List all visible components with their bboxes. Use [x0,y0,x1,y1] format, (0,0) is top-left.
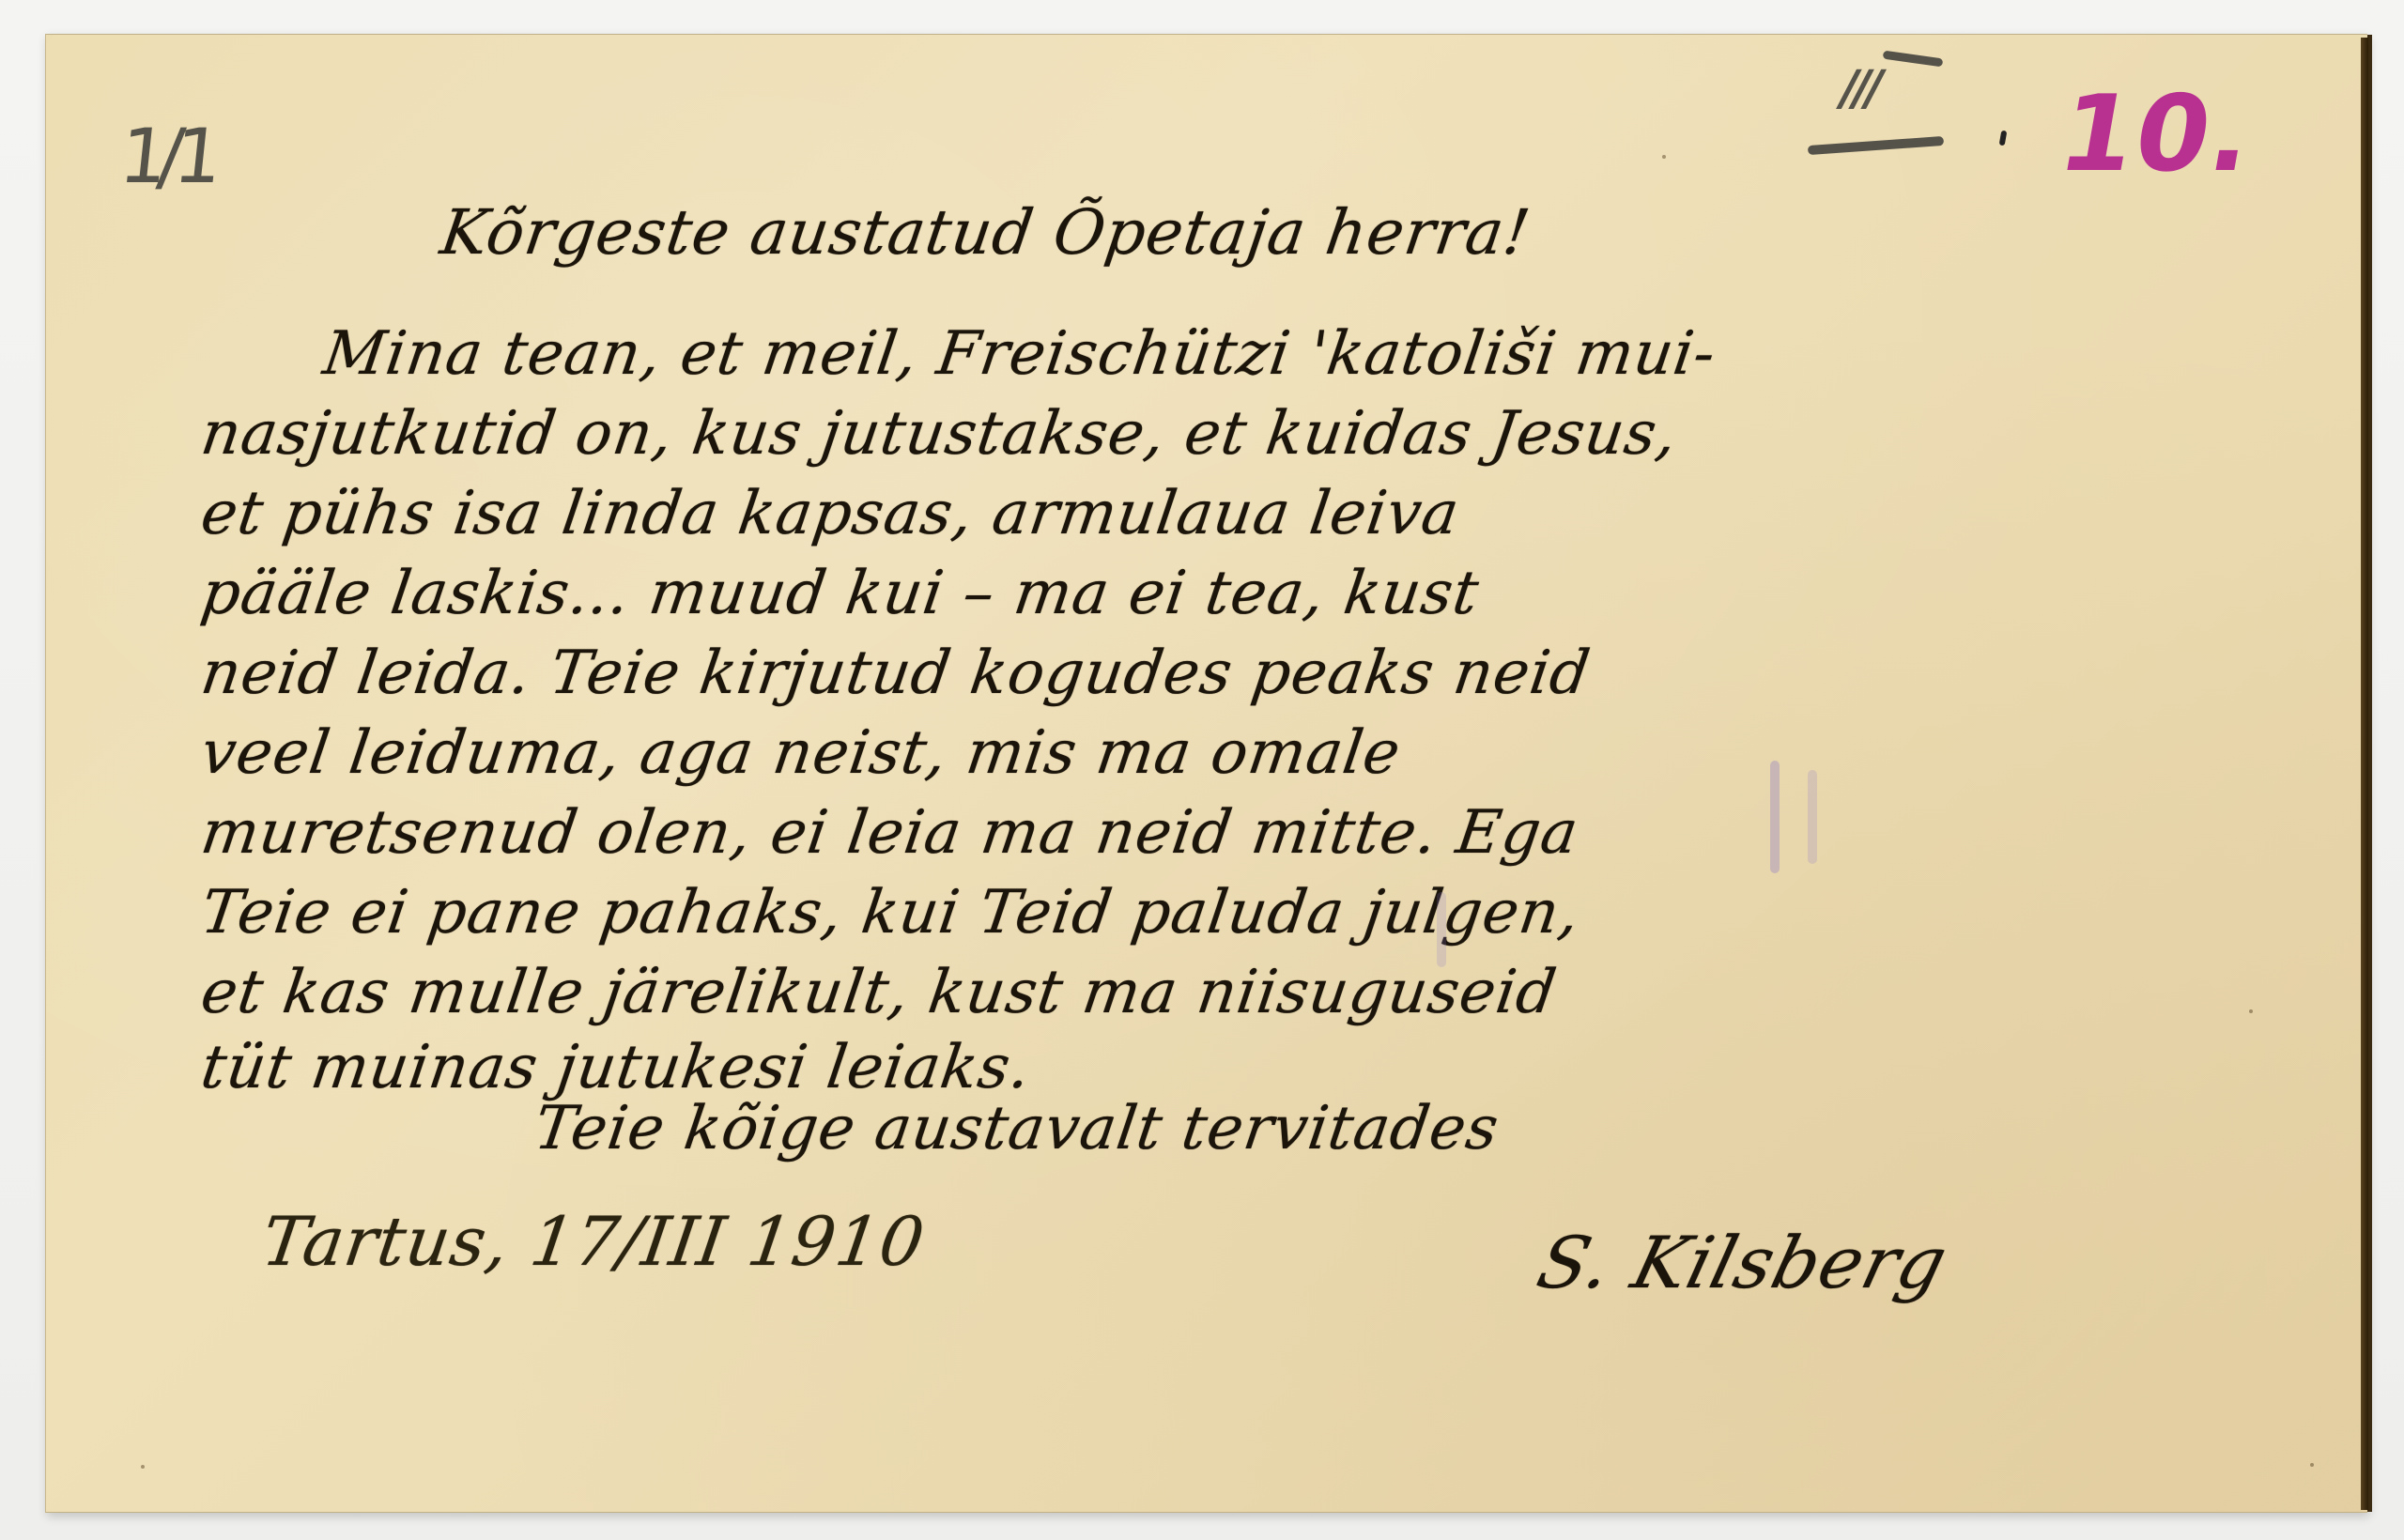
body-line-9: et kas mulle järelikult, kust ma niisugu… [198,962,1561,1023]
violet-smudge [1770,761,1780,873]
signature: S. Kilsberg [1530,1221,1956,1304]
body-line-7: muretsenud olen, ei leia ma neid mitte. … [198,803,1582,863]
scan-background: 1/1 III 10. Kõrgeste austatud Õpetaja he… [0,0,2404,1540]
body-line-2: nasjutkutid on, kus jutustakse, et kuida… [198,404,1682,464]
place-date: Tartus, 17/III 1910 [257,1202,930,1281]
corner-pencil-mark: 1/1 [116,113,218,200]
body-line-6: veel leiduma, aga neist, mis ma omale [198,723,1405,783]
violet-smudge [1437,892,1446,967]
body-line-5: neid leida. Teie kirjutud kogudes peaks … [198,643,1595,703]
paper-speck [1662,155,1666,159]
paper-speck [2310,1463,2314,1467]
body-line-1: Mina tean, et meil, Freischützi 'katoliš… [320,324,1720,384]
closing-line: Teie kõige austavalt tervitades [532,1099,1503,1159]
body-line-3: et pühs isa linda kapsas, armulaua leiva [198,484,1464,544]
body-line-4: pääle laskis... muud kui – ma ei tea, ku… [198,563,1483,624]
archive-number: 10. [2051,73,2264,195]
body-line-10: tüt muinas jutukesi leiaks. [198,1038,1035,1098]
violet-smudge [1808,770,1817,864]
body-line-8: Teie ei pane pahaks, kui Teid paluda jul… [198,883,1584,943]
paper-speck [2249,1009,2253,1013]
salutation: Kõrgeste austatud Õpetaja herra! [437,202,1533,264]
paper-speck [141,1465,145,1469]
card-edge-shadow [2361,38,2368,1510]
